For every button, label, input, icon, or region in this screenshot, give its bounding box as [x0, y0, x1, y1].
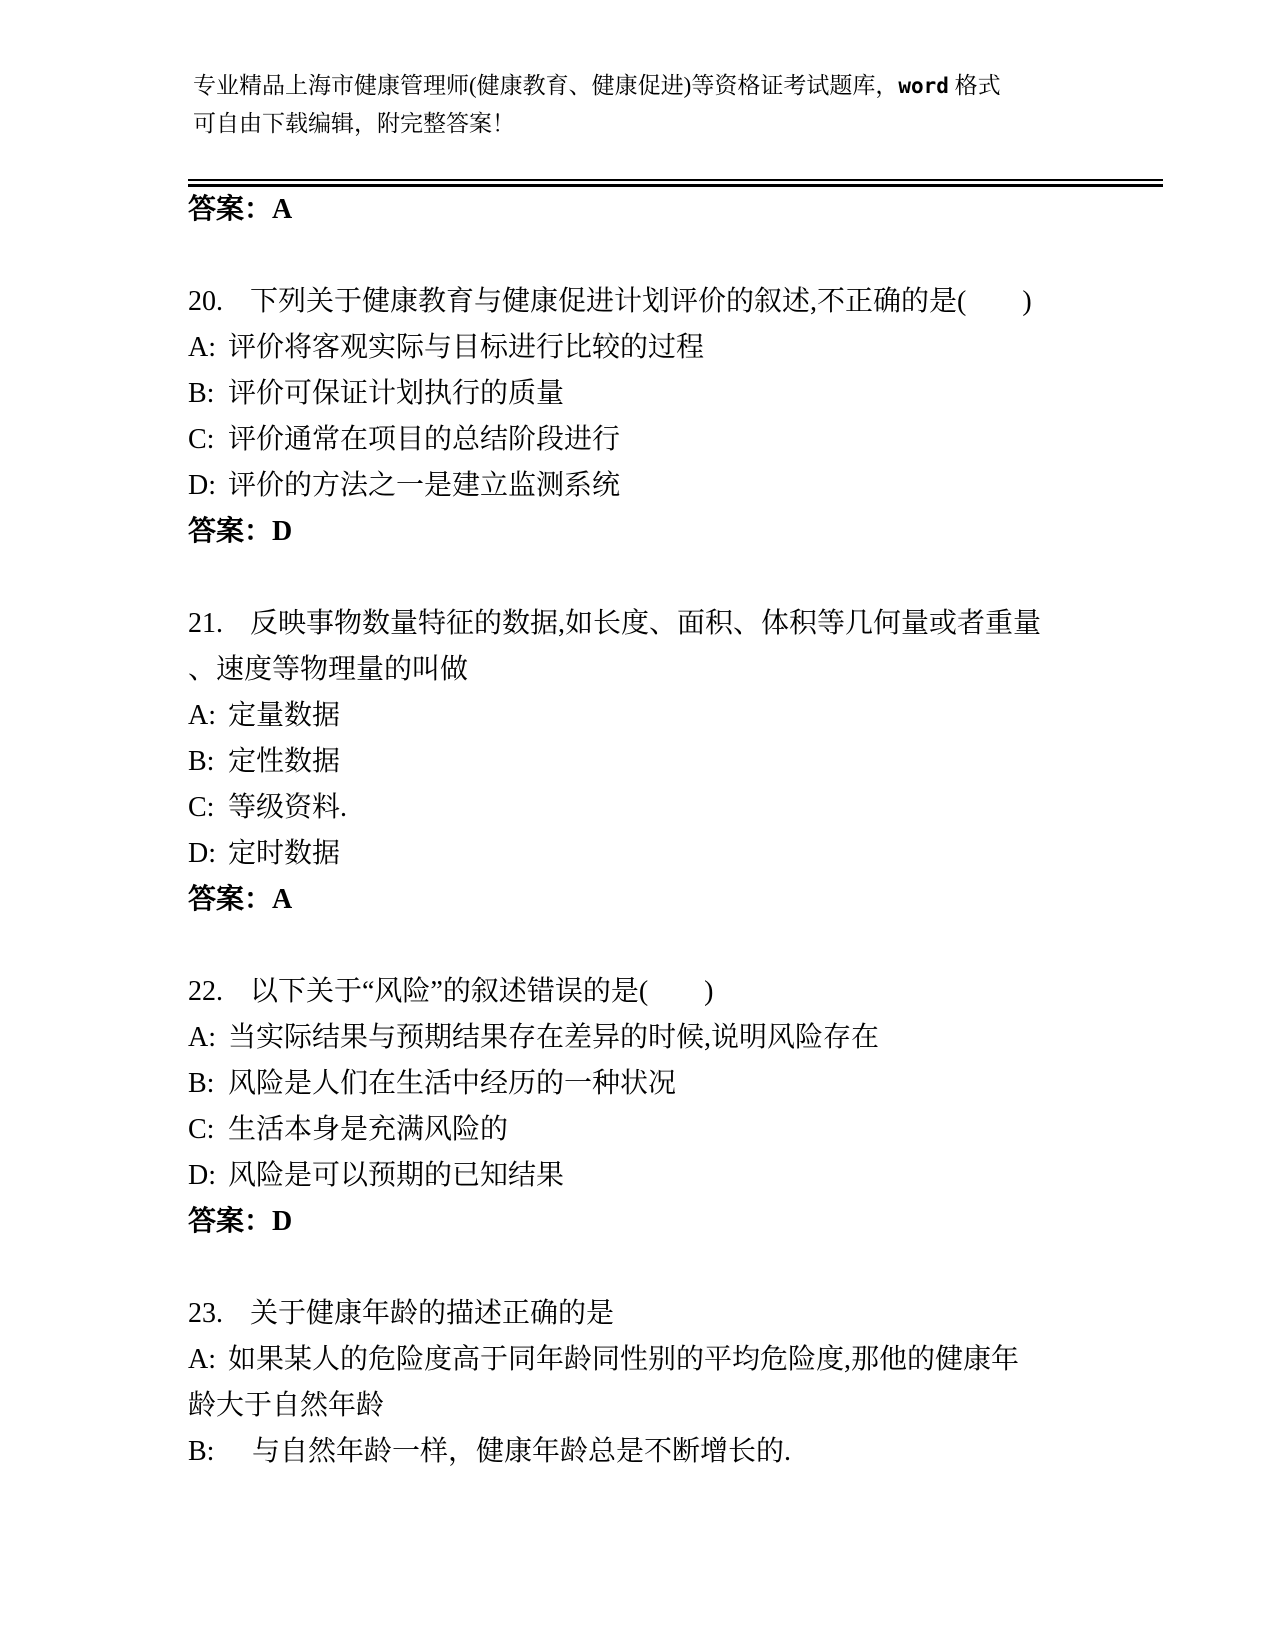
option-b: B:与自然年龄一样，健康年龄总是不断增长的.	[188, 1429, 1125, 1475]
question-text: 关于健康年龄的描述正确的是	[250, 1298, 614, 1329]
page-header: 专业精品上海市健康管理师(健康教育、健康促进)等资格证考试题库，word 格式 …	[193, 67, 1123, 142]
answer-value: A	[272, 194, 292, 225]
option-text: 风险是人们在生活中经历的一种状况	[228, 1068, 676, 1099]
option-text: 定时数据	[228, 838, 340, 869]
option-text: 评价通常在项目的总结阶段进行	[228, 424, 620, 455]
answer-line-previous-question: 答案：A	[188, 187, 1125, 233]
question-text: 以下关于“风险”的叙述错误的是( )	[250, 976, 714, 1007]
answer-line-20: 答案：D	[188, 509, 1125, 555]
option-a-wrap: 龄大于自然年龄	[188, 1383, 1125, 1429]
blank-line	[188, 1245, 1125, 1291]
question-text: 下列关于健康教育与健康促进计划评价的叙述,不正确的是( )	[250, 286, 1032, 317]
blank-line	[188, 555, 1125, 601]
document-page: 专业精品上海市健康管理师(健康教育、健康促进)等资格证考试题库，word 格式 …	[0, 0, 1275, 1650]
option-b: B:风险是人们在生活中经历的一种状况	[188, 1061, 1125, 1107]
option-label: B:	[188, 1061, 228, 1107]
option-text: 评价的方法之一是建立监测系统	[228, 470, 620, 501]
option-a: A:定量数据	[188, 693, 1125, 739]
option-d: D:评价的方法之一是建立监测系统	[188, 463, 1125, 509]
question-21-block: 21.反映事物数量特征的数据,如长度、面积、体积等几何量或者重量 、速度等物理量…	[188, 601, 1125, 923]
option-text: 生活本身是充满风险的	[228, 1114, 508, 1145]
option-c: C:等级资料.	[188, 785, 1125, 831]
question-20-block: 20.下列关于健康教育与健康促进计划评价的叙述,不正确的是( ) A:评价将客观…	[188, 279, 1125, 555]
question-number: 20.	[188, 279, 250, 325]
option-label: B:	[188, 1429, 228, 1475]
question-number: 22.	[188, 969, 250, 1015]
option-a: A:评价将客观实际与目标进行比较的过程	[188, 325, 1125, 371]
option-text: 等级资料.	[228, 792, 347, 823]
option-text: 定性数据	[228, 746, 340, 777]
option-label: D:	[188, 1153, 228, 1199]
header-line-1: 专业精品上海市健康管理师(健康教育、健康促进)等资格证考试题库，word 格式	[193, 67, 1123, 105]
option-label: A:	[188, 325, 228, 371]
header-rule	[188, 179, 1163, 187]
header-line-1-tail: 格式	[949, 73, 1001, 98]
option-label: D:	[188, 831, 228, 877]
option-label: A:	[188, 1015, 228, 1061]
question-number: 21.	[188, 601, 250, 647]
question-21-text-wrap: 、速度等物理量的叫做	[188, 647, 1125, 693]
option-c: C:评价通常在项目的总结阶段进行	[188, 417, 1125, 463]
option-label: A:	[188, 1337, 228, 1383]
option-text: 评价将客观实际与目标进行比较的过程	[228, 332, 704, 363]
option-b: B:定性数据	[188, 739, 1125, 785]
question-text: 反映事物数量特征的数据,如长度、面积、体积等几何量或者重量	[250, 608, 1041, 639]
answer-value: A	[272, 884, 292, 915]
option-label: C:	[188, 417, 228, 463]
answer-value: D	[272, 1206, 292, 1237]
option-text: 风险是可以预期的已知结果	[228, 1160, 564, 1191]
option-text: 与自然年龄一样，健康年龄总是不断增长的.	[252, 1436, 791, 1467]
option-label: D:	[188, 463, 228, 509]
header-line-2: 可自由下载编辑，附完整答案！	[193, 105, 1123, 142]
option-d: D:定时数据	[188, 831, 1125, 877]
question-23-block: 23.关于健康年龄的描述正确的是 A:如果某人的危险度高于同年龄同性别的平均危险…	[188, 1291, 1125, 1475]
question-number: 23.	[188, 1291, 250, 1337]
question-22-block: 22.以下关于“风险”的叙述错误的是( ) A:当实际结果与预期结果存在差异的时…	[188, 969, 1125, 1245]
option-b: B:评价可保证计划执行的质量	[188, 371, 1125, 417]
option-a: A:当实际结果与预期结果存在差异的时候,说明风险存在	[188, 1015, 1125, 1061]
header-word-format-text: word	[898, 74, 949, 98]
answer-line-21: 答案：A	[188, 877, 1125, 923]
document-body: 答案：A 20.下列关于健康教育与健康促进计划评价的叙述,不正确的是( ) A:…	[188, 187, 1125, 1475]
answer-label: 答案：	[188, 194, 272, 225]
question-20-text: 20.下列关于健康教育与健康促进计划评价的叙述,不正确的是( )	[188, 279, 1125, 325]
option-label: A:	[188, 693, 228, 739]
option-text: 当实际结果与预期结果存在差异的时候,说明风险存在	[228, 1022, 879, 1053]
option-a: A:如果某人的危险度高于同年龄同性别的平均危险度,那他的健康年	[188, 1337, 1125, 1383]
option-text: 评价可保证计划执行的质量	[228, 378, 564, 409]
option-label: B:	[188, 371, 228, 417]
answer-value: D	[272, 516, 292, 547]
answer-line-22: 答案：D	[188, 1199, 1125, 1245]
answer-label: 答案：	[188, 884, 272, 915]
question-22-text: 22.以下关于“风险”的叙述错误的是( )	[188, 969, 1125, 1015]
blank-line	[188, 923, 1125, 969]
option-label: C:	[188, 1107, 228, 1153]
option-d: D:风险是可以预期的已知结果	[188, 1153, 1125, 1199]
option-label: B:	[188, 739, 228, 785]
option-c: C:生活本身是充满风险的	[188, 1107, 1125, 1153]
option-label: C:	[188, 785, 228, 831]
answer-label: 答案：	[188, 516, 272, 547]
question-23-text: 23.关于健康年龄的描述正确的是	[188, 1291, 1125, 1337]
header-line-1-text: 专业精品上海市健康管理师(健康教育、健康促进)等资格证考试题库，	[193, 73, 898, 98]
blank-line	[188, 233, 1125, 279]
answer-label: 答案：	[188, 1206, 272, 1237]
option-text: 如果某人的危险度高于同年龄同性别的平均危险度,那他的健康年	[228, 1344, 1019, 1375]
option-text: 定量数据	[228, 700, 340, 731]
question-21-text: 21.反映事物数量特征的数据,如长度、面积、体积等几何量或者重量	[188, 601, 1125, 647]
